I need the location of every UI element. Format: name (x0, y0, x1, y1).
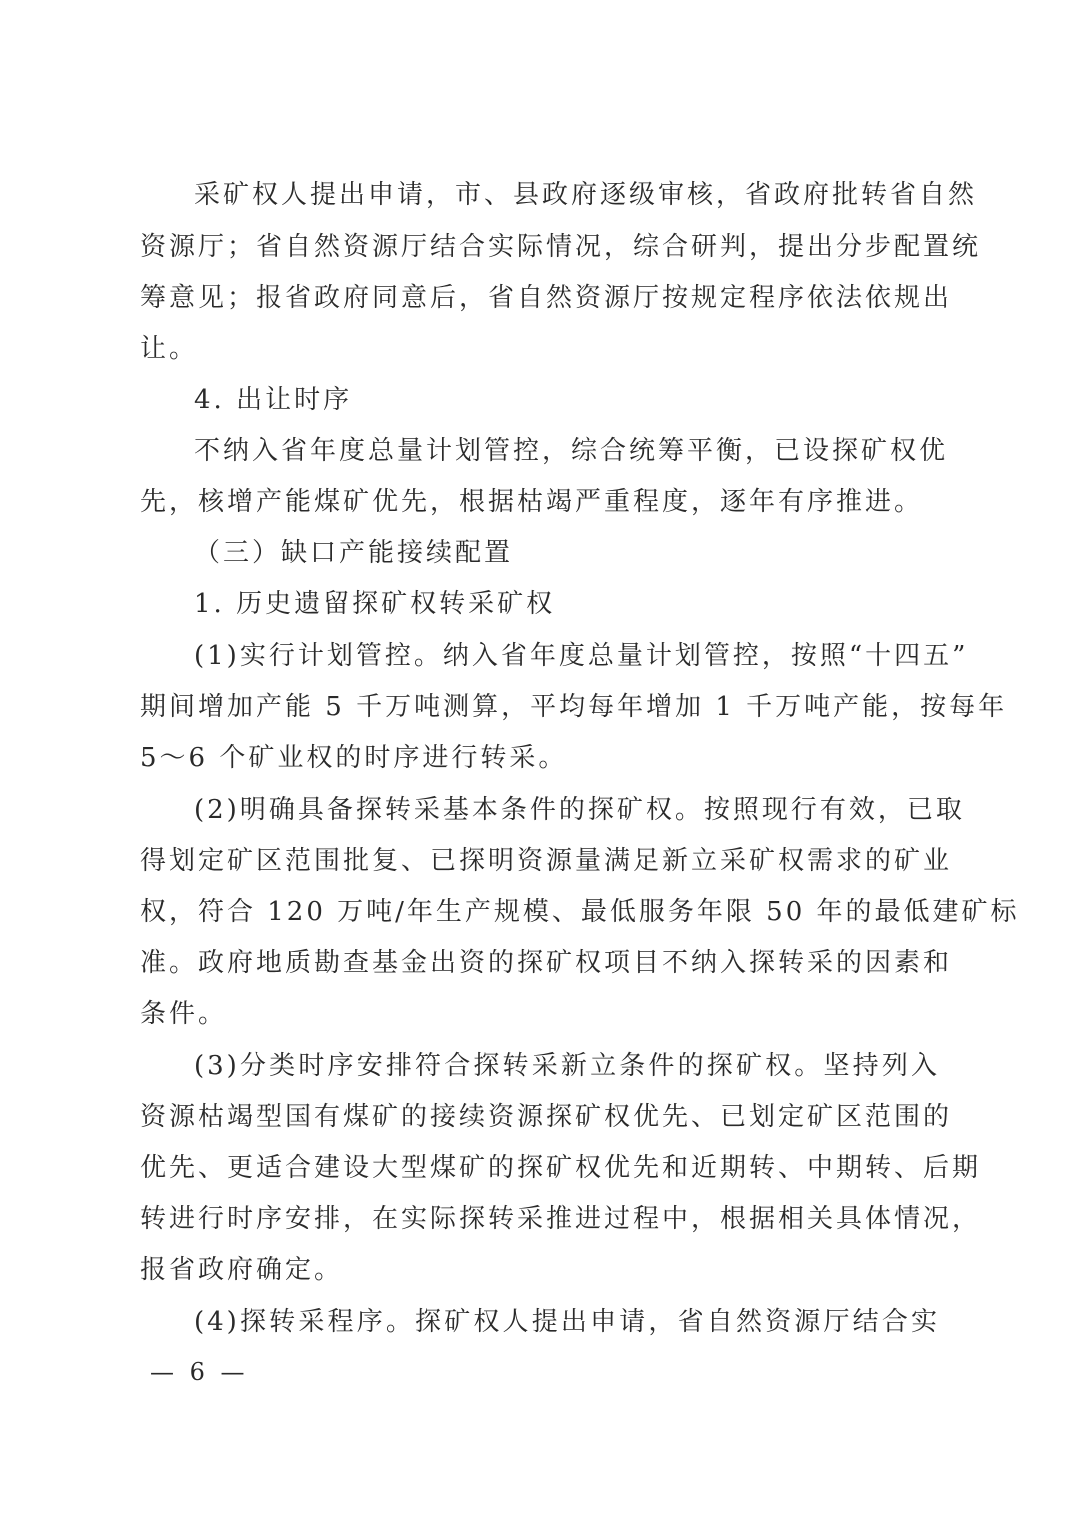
paragraph-line: 先，核增产能煤矿优先，根据枯竭严重程度，逐年有序推进。 (140, 482, 940, 522)
paragraph-line: 期间增加产能 5 千万吨测算，平均每年增加 1 千万吨产能，按每年 (140, 687, 940, 727)
section-heading: （三）缺口产能接续配置 (194, 533, 940, 573)
paragraph-line: 报省政府确定。 (140, 1250, 940, 1290)
paragraph-line: 5～6 个矿业权的时序进行转采。 (140, 738, 940, 778)
paragraph-line: (4)探转采程序。探矿权人提出申请，省自然资源厅结合实 (194, 1302, 940, 1342)
paragraph-line: (1)实行计划管控。纳入省年度总量计划管控，按照“十四五” (194, 636, 940, 676)
page-number: — 6 — (150, 1354, 249, 1390)
paragraph-line: 让。 (140, 329, 940, 369)
subsection-heading: 1. 历史遗留探矿权转采矿权 (194, 584, 940, 624)
paragraph-line: 筹意见；报省政府同意后，省自然资源厅按规定程序依法依规出 (140, 278, 940, 318)
paragraph-line: 不纳入省年度总量计划管控，综合统筹平衡，已设探矿权优 (194, 431, 940, 471)
paragraph-line: 资源枯竭型国有煤矿的接续资源探矿权优先、已划定矿区范围的 (140, 1097, 940, 1137)
paragraph-line: (2)明确具备探转采基本条件的探矿权。按照现行有效，已取 (194, 790, 940, 830)
paragraph-line: (3)分类时序安排符合探转采新立条件的探矿权。坚持列入 (194, 1046, 940, 1086)
paragraph-line: 优先、更适合建设大型煤矿的探矿权优先和近期转、中期转、后期 (140, 1148, 940, 1188)
paragraph-line: 转进行时序安排，在实际探转采推进过程中，根据相关具体情况， (140, 1199, 940, 1239)
document-page: 采矿权人提出申请，市、县政府逐级审核，省政府批转省自然 资源厅；省自然资源厅结合… (0, 0, 1080, 1514)
paragraph-line: 准。政府地质勘查基金出资的探矿权项目不纳入探转采的因素和 (140, 943, 940, 983)
paragraph-line: 资源厅；省自然资源厅结合实际情况，综合研判，提出分步配置统 (140, 227, 940, 267)
subsection-heading: 4. 出让时序 (194, 380, 940, 420)
paragraph-line: 得划定矿区范围批复、已探明资源量满足新立采矿权需求的矿业 (140, 841, 940, 881)
paragraph-line: 条件。 (140, 994, 940, 1034)
paragraph-line: 权，符合 120 万吨/年生产规模、最低服务年限 50 年的最低建矿标 (140, 892, 940, 932)
paragraph-line: 采矿权人提出申请，市、县政府逐级审核，省政府批转省自然 (194, 175, 940, 215)
